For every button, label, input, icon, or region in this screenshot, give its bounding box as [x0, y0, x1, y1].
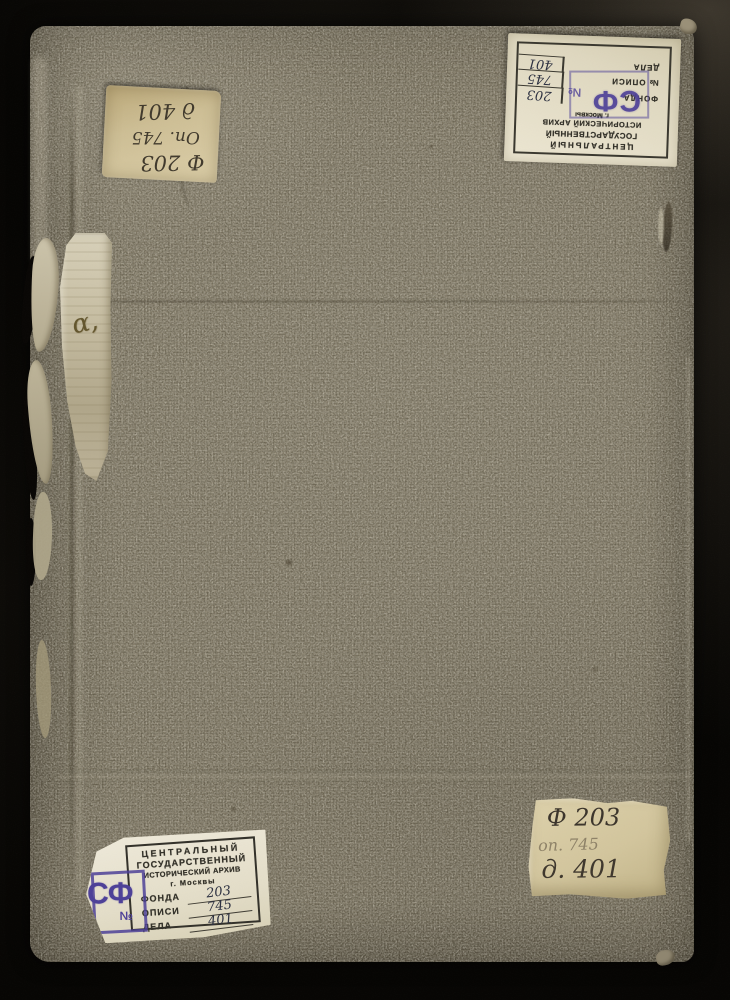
handwritten-line: Ф 203 — [547, 803, 621, 832]
label-bottom-right-handwritten: Ф 203 оп. 745 д. 401 — [528, 797, 672, 900]
field-label: ДЕЛА — [143, 919, 190, 934]
microfilm-stamp: СФ — [87, 877, 133, 912]
handwritten-line: оп. 745 — [538, 834, 599, 855]
field-value: 401 — [518, 54, 565, 73]
handwritten-line: Оп. 745 — [132, 127, 200, 147]
handwritten-line: Ф 203 — [140, 150, 205, 175]
microfilm-stamp: СФ — [592, 83, 641, 117]
stamp-number-sign: № — [568, 85, 582, 99]
field-rows: ФОНДА 203 ОПИСИ 745 ДЕЛА 401 — [130, 884, 259, 935]
archival-book-photo: ɑ, Ф 203 Оп. 745 д 401 ЦЕНТРАЛЬНЫЙ ГОСУД… — [0, 0, 730, 1000]
label-bottom-left-archive-stamp: ЦЕНТРАЛЬНЫЙ ГОСУДАРСТВЕННЫЙ ИСТОРИЧЕСКИЙ… — [85, 828, 271, 943]
stamp-number-sign: № — [119, 909, 133, 923]
label-top-left-handwritten: Ф 203 Оп. 745 д 401 — [102, 85, 222, 183]
handwritten-line: д 401 — [135, 98, 196, 124]
handwritten-line: д. 401 — [541, 854, 621, 884]
label-top-right-archive-stamp: ЦЕНТРАЛЬНЫЙ ГОСУДАРСТВЕННЫЙ ИСТОРИЧЕСКИЙ… — [504, 33, 681, 167]
field-value: 203 — [517, 85, 564, 104]
